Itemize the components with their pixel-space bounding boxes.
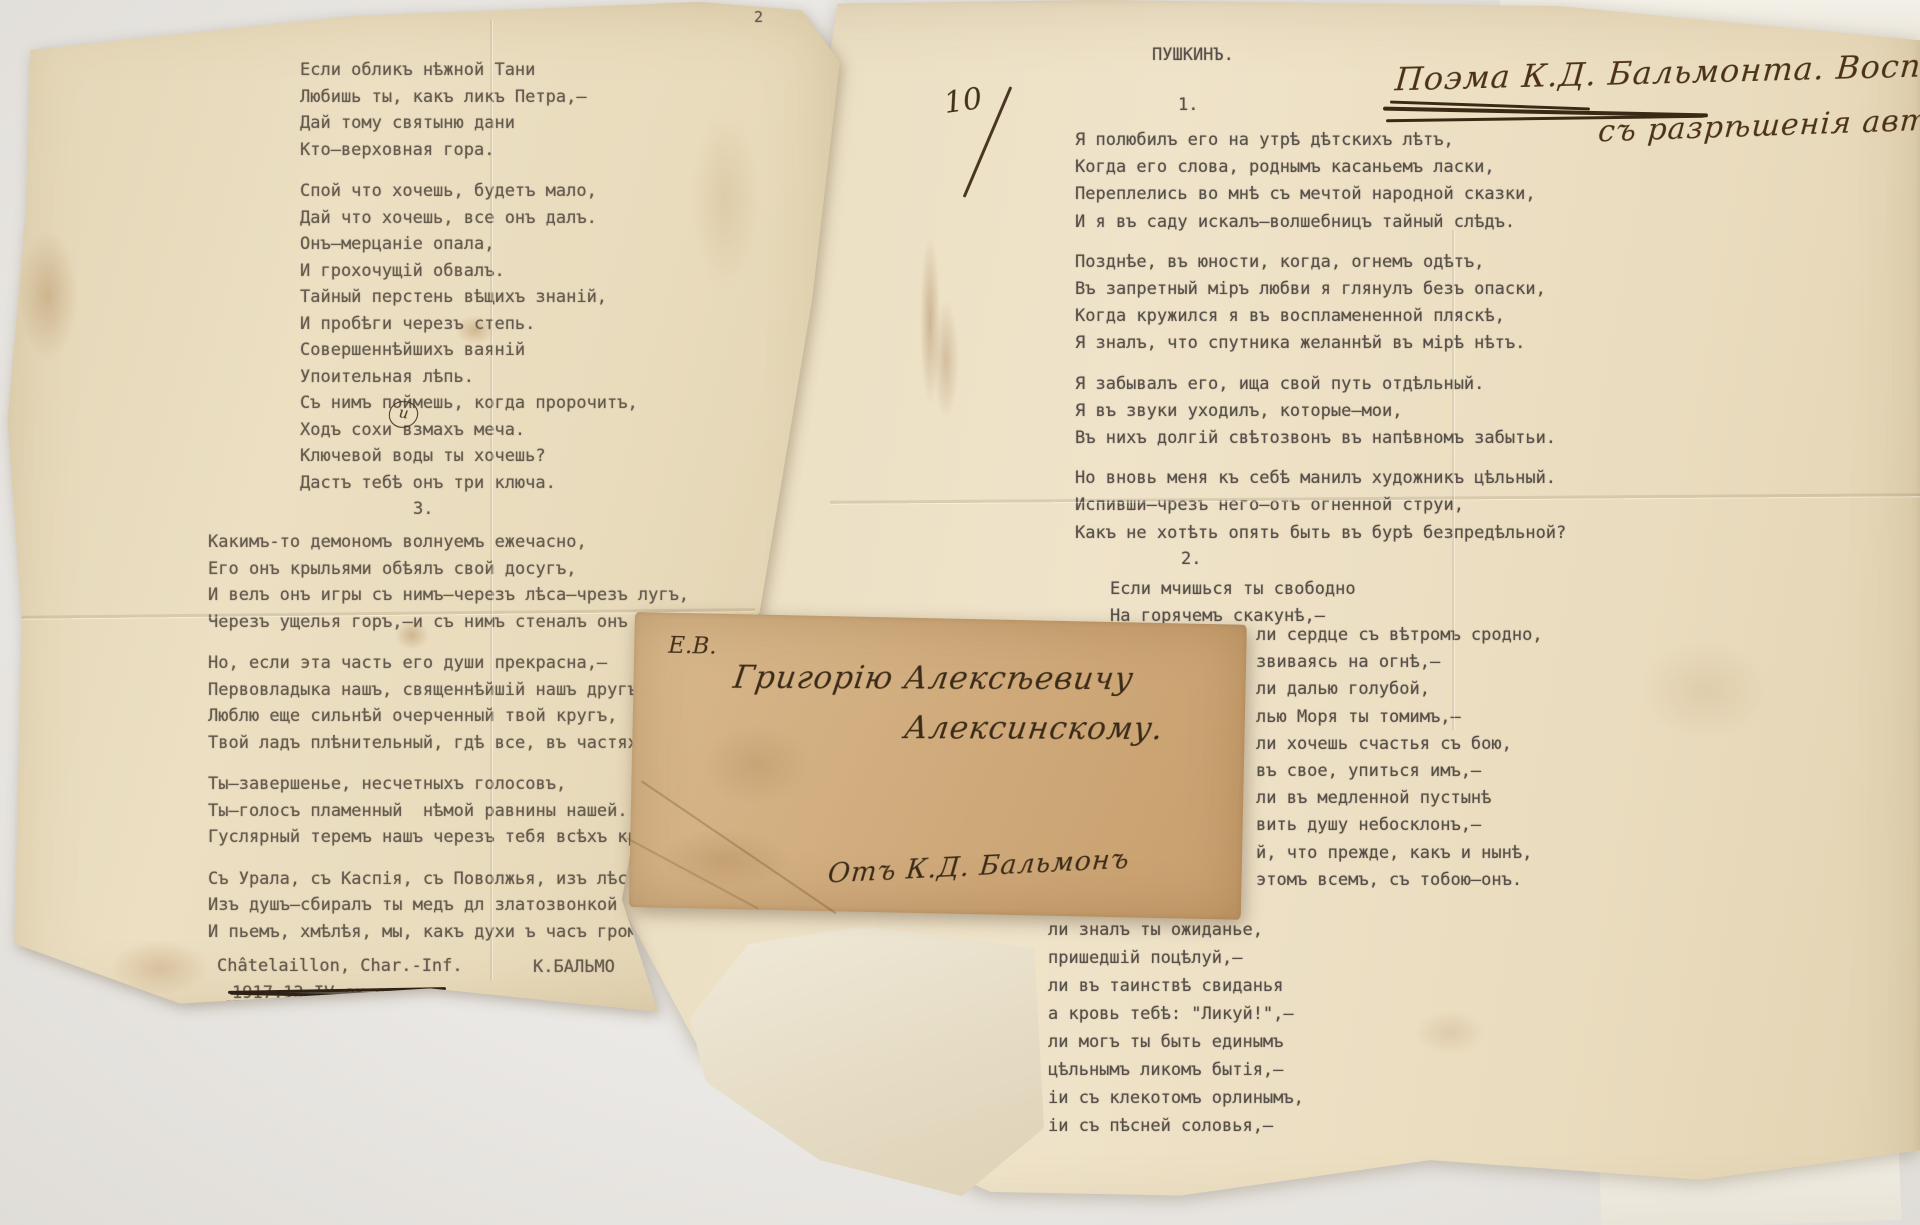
poem-line: Испивши—чрезъ него—отъ огненной струи,	[1075, 492, 1566, 519]
poem-upper-stanzas: Если обликъ нѣжной ТаниЛюбишь ты, какъ л…	[300, 57, 638, 511]
handwritten-margin-number: 10	[942, 82, 985, 122]
envelope-address-line2: Алексинскому.	[902, 710, 1166, 747]
envelope-crease	[641, 780, 836, 914]
section-number-2: 2.	[1181, 549, 1201, 569]
poem-part-1: Я полюбилъ его на утрѣ дѣтскихъ лѣтъ,Ког…	[1075, 127, 1566, 560]
poem-line: Въ нихъ долгій свѣтозвонъ въ напѣвномъ з…	[1075, 425, 1566, 452]
envelope-paper: Е.В. Григорію Алексѣевичу Алексинскому. …	[629, 612, 1247, 920]
poem-line: Спой что хочешь, будетъ мало,	[300, 178, 638, 205]
stain	[18, 230, 78, 360]
handwritten-annotation-line1: Поэма К.Д. Бальмонта. Воспроизводится	[1394, 39, 1920, 98]
poem-line: въ свое, упиться имъ,—	[1256, 758, 1543, 785]
envelope: Е.В. Григорію Алексѣевичу Алексинскому. …	[629, 612, 1247, 920]
poem-line: Дай что хочешь, все онъ далъ.	[300, 205, 638, 232]
poem-line: Если мчишься ты свободно	[1110, 576, 1356, 603]
poem-line: Переплелись во мнѣ съ мечтой народной ск…	[1075, 181, 1566, 208]
photo-background: ПУШКИНЪ. 1. 10 Поэма К.Д. Бальмонта. Вос…	[0, 0, 1920, 1225]
poem-line: Я зналъ, что спутника желаннѣй въ мірѣ н…	[1075, 330, 1566, 357]
poem-line: Въ запретный міръ любви я глянулъ безъ о…	[1075, 276, 1566, 303]
place-line: Châtelaillon, Char.-Inf.	[217, 956, 463, 976]
stain	[701, 723, 813, 805]
section-number-3: 3.	[413, 499, 433, 519]
envelope-address-line1: Григорію Алексѣевичу	[731, 660, 1136, 697]
poem-line: лью Моря ты томимъ,—	[1256, 704, 1543, 731]
poem-title: ПУШКИНЪ.	[1152, 45, 1234, 65]
stain	[920, 235, 940, 405]
handwritten-annotation-line2: съ разрѣшенія автора	[1597, 93, 1920, 149]
stanza: Позднѣе, въ юности, когда, огнемъ одѣтъ,…	[1075, 249, 1566, 358]
stain	[690, 110, 760, 290]
poem-part-2-fragments-upper: ли сердце съ вѣтромъ сродно,звиваясь на …	[1256, 622, 1543, 894]
poem-line: а кровь тебѣ: "Ликуй!",—	[1048, 1000, 1304, 1028]
poem-line: звиваясь на огнѣ,—	[1256, 649, 1543, 676]
poem-line: Совершеннѣйшихъ ваяній	[300, 337, 638, 364]
poem-line: Когда его слова, роднымъ касаньемъ ласки…	[1075, 154, 1566, 181]
poem-line: Его онъ крыльями обѣялъ свой досугъ,	[208, 556, 730, 583]
poem-line: И пьемъ, хмѣлѣя, мы, какъ духи ъ часъ гр…	[208, 919, 730, 946]
inserted-letter: и	[398, 403, 410, 422]
poem-line: Я полюбилъ его на утрѣ дѣтскихъ лѣтъ,	[1075, 127, 1566, 154]
poem-line: Дастъ тебѣ онъ три ключа.	[300, 470, 638, 497]
poem-line: ли въ таинствѣ свиданья	[1048, 972, 1304, 1000]
section-number-1: 1.	[1178, 95, 1198, 115]
poem-line: ли сердце съ вѣтромъ сродно,	[1256, 622, 1543, 649]
page-number: 2	[754, 8, 763, 26]
envelope-sender-line: Отъ К.Д. Бальмонъ	[827, 844, 1132, 890]
poem-line: этомъ всемъ, съ тобою—онъ.	[1256, 867, 1543, 894]
poem-line: ли могъ ты быть единымъ	[1048, 1028, 1304, 1056]
stain	[1415, 1010, 1485, 1055]
stanza: Но вновь меня къ себѣ манилъ художникъ ц…	[1075, 465, 1566, 547]
poem-line: й, что прежде, какъ и нынѣ,	[1256, 840, 1543, 867]
envelope-corner-note: Е.В.	[668, 633, 717, 660]
poem-line: Какъ не хотѣть опять быть въ бурѣ безпре…	[1075, 520, 1566, 547]
poem-line: Онъ—мерцаніе опала,	[300, 231, 638, 258]
poem-line: И грохочущій обвалъ.	[300, 258, 638, 285]
poem-line: Позднѣе, въ юности, когда, огнемъ одѣтъ,	[1075, 249, 1566, 276]
stanza: Спой что хочешь, будетъ мало,Дай что хоч…	[300, 178, 638, 496]
poem-part-2-fragments-lower: ли зналъ ты ожиданье,пришедшій поцѣлуй,—…	[1048, 916, 1304, 1140]
poem-line: Дай тому святыню дани	[300, 110, 638, 137]
poem-line: пришедшій поцѣлуй,—	[1048, 944, 1304, 972]
poem-line: Какимъ-то демономъ волнуемъ ежечасно,	[208, 529, 730, 556]
stanza: Я забывалъ его, ища свой путь отдѣльный.…	[1075, 371, 1566, 453]
poem-line: Съ нимъ поймешь, когда пророчитъ,	[300, 390, 638, 417]
poem-line: іи съ пѣсней соловья,—	[1048, 1112, 1304, 1140]
poem-line: ли далью голубой,	[1256, 676, 1543, 703]
author-signature: К.БАЛЬМО	[533, 957, 615, 977]
stanza: Я полюбилъ его на утрѣ дѣтскихъ лѣтъ,Ког…	[1075, 127, 1566, 236]
poem-line: ли хочешь счастья съ бою,	[1256, 731, 1543, 758]
poem-line: И я въ саду искалъ—волшебницъ тайный слѣ…	[1075, 209, 1566, 236]
poem-line: Но вновь меня къ себѣ манилъ художникъ ц…	[1075, 465, 1566, 492]
stain	[110, 940, 210, 995]
poem-line: Я въ звуки уходилъ, которые—мои,	[1075, 398, 1566, 425]
stain	[1640, 640, 1770, 740]
poem-line: вить душу небосклонъ,—	[1256, 812, 1543, 839]
poem-line: Тайный перстень вѣщихъ знаній,	[300, 284, 638, 311]
stanza: Если обликъ нѣжной ТаниЛюбишь ты, какъ л…	[300, 57, 638, 163]
poem-line: іи съ клекотомъ орлинымъ,	[1048, 1084, 1304, 1112]
stain	[933, 300, 959, 420]
poem-line: ли зналъ ты ожиданье,	[1048, 916, 1304, 944]
poem-line: Я забывалъ его, ища свой путь отдѣльный.	[1075, 371, 1566, 398]
poem-line: И велъ онъ игры съ нимъ—черезъ лѣса—чрез…	[208, 582, 730, 609]
poem-line: ли въ медленной пустынѣ	[1256, 785, 1543, 812]
poem-line: цѣльнымъ ликомъ бытія,—	[1048, 1056, 1304, 1084]
poem-line: Ключевой воды ты хочешь?	[300, 443, 638, 470]
poem-line: Любишь ты, какъ ликъ Петра,—	[300, 84, 638, 111]
poem-line: Когда кружился я въ воспламененной пляск…	[1075, 303, 1566, 330]
poem-line: И пробѣги черезъ степь.	[300, 311, 638, 338]
poem-line: Если обликъ нѣжной Тани	[300, 57, 638, 84]
poem-line: Кто—верховная гора.	[300, 137, 638, 164]
poem-line: Упоительная лѣпь.	[300, 364, 638, 391]
poem-line: Ходъ сохи взмахъ меча.	[300, 417, 638, 444]
